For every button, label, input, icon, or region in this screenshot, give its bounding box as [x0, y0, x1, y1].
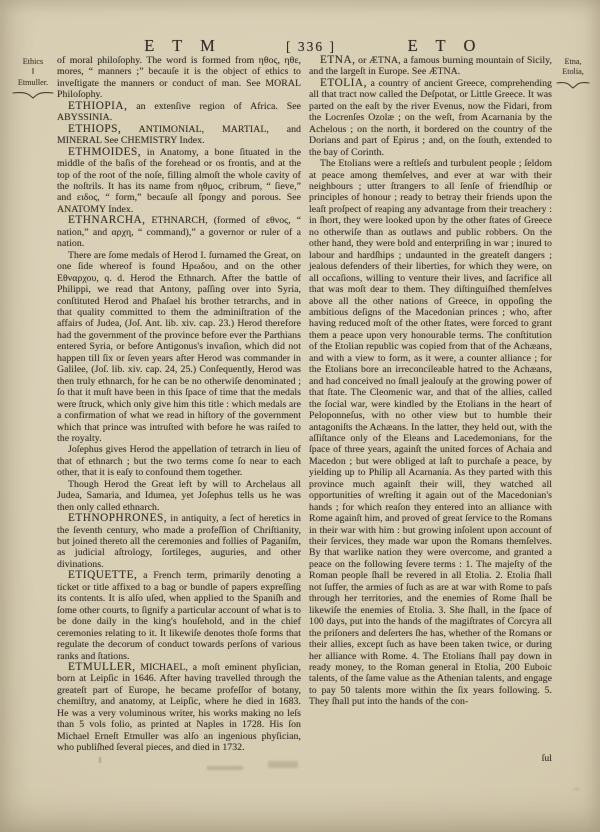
paragraph: ETHIOPS, ANTIMONIAL, MARTIAL, and MINERA…	[57, 124, 301, 147]
header-left-title: E T M	[144, 36, 221, 56]
paragraph: ETIQUETTE, a French term, primarily deno…	[57, 570, 301, 662]
paragraph: ETHNARCHA, ETHNARCH, (formed of εθνος, “…	[57, 215, 301, 249]
paragraph: Though Herod the Great left by will to A…	[57, 479, 301, 513]
paragraph: ETNA, or ÆTNA, a famous burning mountain…	[309, 55, 552, 78]
margin-note-line: ‖	[10, 67, 56, 77]
right-column: ETNA, or ÆTNA, a famous burning mountain…	[309, 55, 552, 708]
entry-headword: ETNA,	[320, 54, 355, 66]
entry-headword: ETIQUETTE,	[68, 569, 137, 581]
margin-note-left: Ethics‖Etmuller.	[10, 57, 56, 99]
paragraph: There are ſome medals of Herod I. ſurnam…	[57, 250, 301, 445]
page-number: [ 336 ]	[286, 39, 336, 55]
catchword: ſul	[309, 753, 552, 764]
entry-headword: ETHNOPHRONES,	[68, 512, 167, 524]
entry-headword: ETHIOPS,	[68, 123, 121, 135]
paragraph: ETMULLER, MICHAEL, a moſt eminent phyſic…	[57, 662, 301, 754]
margin-note-right: Etna,Etolia,	[550, 57, 596, 89]
left-column: of moral philoſophy. The word is formed …	[57, 55, 301, 754]
paragraph: Joſephus gives Herod the appellation of …	[57, 444, 301, 478]
ink-smudge	[268, 761, 298, 768]
margin-note-left-lines: Ethics‖Etmuller.	[10, 57, 56, 88]
paragraph: ETOLIA, a country of ancient Greece, com…	[309, 78, 552, 158]
entry-headword: ETHIOPIA,	[68, 100, 127, 112]
brace-icon	[556, 80, 590, 89]
book-page-scan: E T M [ 336 ] E T O Ethics‖Etmuller. Etn…	[0, 0, 600, 832]
margin-note-line: Ethics	[10, 57, 56, 67]
header-right-title: E T O	[408, 36, 483, 56]
margin-note-line: Etna,	[550, 57, 596, 67]
ink-speck	[99, 757, 101, 763]
paragraph: of moral philoſophy. The word is formed …	[57, 55, 301, 101]
ink-speck	[574, 788, 579, 790]
entry-headword: ETHNARCHA,	[68, 214, 146, 226]
paragraph: ETHMOIDES, in Anatomy, a bone ſituated i…	[57, 147, 301, 216]
entry-headword: ETMULLER,	[68, 661, 136, 673]
brace-icon	[12, 90, 54, 99]
margin-note-line: Etolia,	[550, 67, 596, 77]
margin-note-line: Etmuller.	[10, 78, 56, 88]
entry-headword: ETOLIA,	[320, 77, 367, 89]
paragraph: ETHIOPIA, an extenſive region of Africa.…	[57, 101, 301, 124]
entry-headword: ETHMOIDES,	[68, 146, 141, 158]
paragraph: The Etolians were a reſtleſs and turbule…	[309, 158, 552, 708]
paragraph: ETHNOPHRONES, in antiquity, a ſect of he…	[57, 513, 301, 570]
ink-smudge	[207, 766, 243, 770]
margin-note-right-lines: Etna,Etolia,	[550, 57, 596, 78]
